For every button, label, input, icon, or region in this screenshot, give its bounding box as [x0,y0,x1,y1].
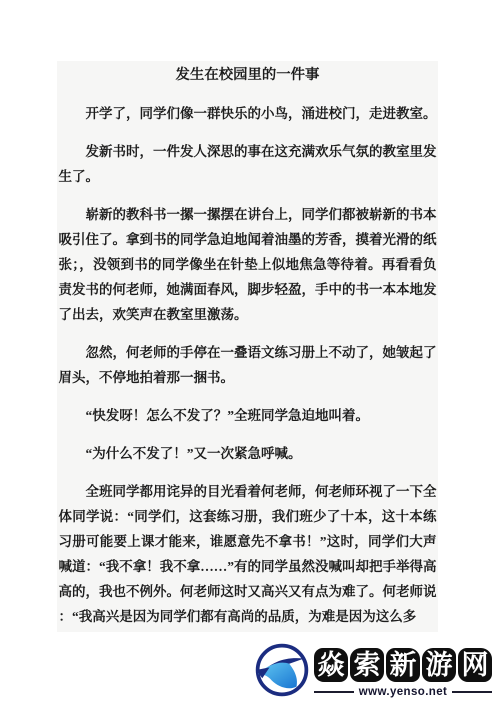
paragraph: 发新书时，一件发人深思的事在这充满欢乐气氛的教室里发生了。 [59,139,437,189]
screenshot-root: 发生在校园里的一件事 开学了，同学们像一群快乐的小鸟，涌进校门，走进教室。发新书… [0,0,496,702]
watermark: 焱索新游网 www.yenso.net [0,636,496,702]
paragraph: 崭新的教科书一摞一摞摆在讲台上，同学们都被崭新的书本吸引住了。拿到书的同学急迫地… [59,202,437,327]
logo-url: www.yenso.net [359,686,448,698]
stamp-char: 焱 [314,648,348,682]
document-page: 发生在校园里的一件事 开学了，同学们像一群快乐的小鸟，涌进校门，走进教室。发新书… [57,61,438,632]
logo-url-row: www.yenso.net [314,685,492,699]
stamp-char: 新 [386,648,420,682]
stamp-char: 索 [350,648,384,682]
document-body: 开学了，同学们像一群快乐的小鸟，涌进校门，走进教室。发新书时，一件发人深思的事在… [59,101,437,629]
stamp-char: 网 [458,648,492,682]
dash-right [452,691,492,694]
document-title: 发生在校园里的一件事 [59,63,437,88]
paragraph: 开学了，同学们像一群快乐的小鸟，涌进校门，走进教室。 [59,101,437,126]
yenso-logo-icon [254,642,310,698]
paragraph: “快发呀！怎么不发了？”全班同学急迫地叫着。 [59,403,437,428]
paragraph: 全班同学都用诧异的目光看着何老师，何老师环视了一下全体同学说：“同学们，这套练习… [59,479,437,629]
logo-stamps: 焱索新游网 [314,648,492,682]
paragraph: 忽然，何老师的手停在一叠语文练习册上不动了，她皱起了眉头，不停地拍着那一捆书。 [59,340,437,390]
dash-left [314,691,354,694]
stamp-char: 游 [422,648,456,682]
paragraph: “为什么不发了！”又一次紧急呼喊。 [59,441,437,466]
